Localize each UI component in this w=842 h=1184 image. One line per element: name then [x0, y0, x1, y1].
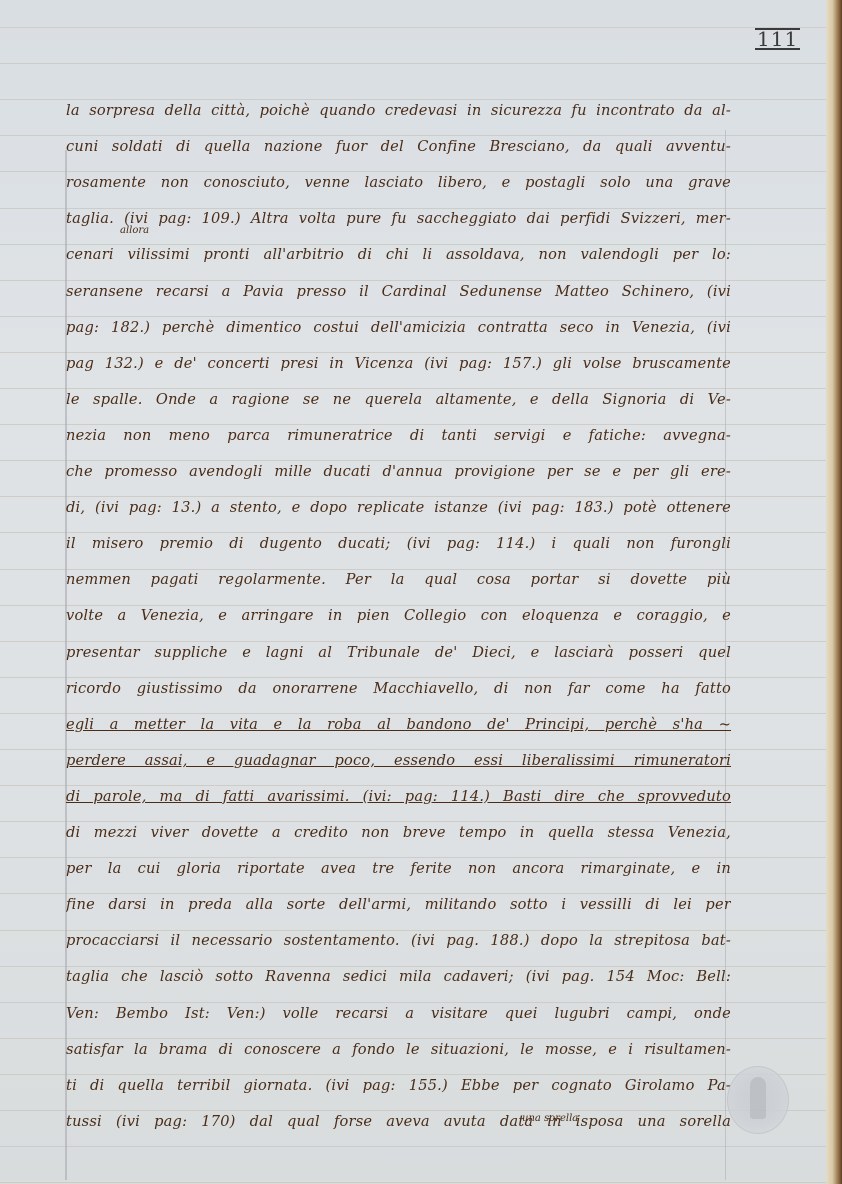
ruled-line: [0, 208, 826, 209]
manuscript-line: di mezzi viver dovette a credito non bre…: [66, 824, 731, 854]
ruled-line: [0, 1182, 826, 1183]
manuscript-line: Ven: Bembo Ist: Ven:) volle recarsi a vi…: [66, 1005, 731, 1035]
manuscript-line: perdere assai, e guadagnar poco, essendo…: [66, 752, 731, 782]
manuscript-line: seransene recarsi a Pavia presso il Card…: [66, 283, 731, 313]
ruled-line: [0, 605, 826, 606]
ruled-line: [0, 1038, 826, 1039]
manuscript-line: che promesso avendogli mille ducati d'an…: [66, 463, 731, 493]
manuscript-line: ti di quella terribil giornata. (ivi pag…: [66, 1077, 731, 1107]
manuscript-line: le spalle. Onde a ragione se ne querela …: [66, 391, 731, 421]
manuscript-line: il misero premio di dugento ducati; (ivi…: [66, 535, 731, 565]
ruled-line: [0, 460, 826, 461]
ruled-line: [0, 27, 826, 28]
ruled-line: [0, 1074, 826, 1075]
manuscript-line: procacciarsi il necessario sostentamento…: [66, 932, 731, 962]
ruled-line: [0, 966, 826, 967]
manuscript-line: taglia che lasciò sotto Ravenna sedici m…: [66, 968, 731, 998]
manuscript-line: rosamente non conosciuto, venne lasciato…: [66, 174, 731, 204]
seal-figure-icon: [750, 1077, 766, 1119]
ruled-line: [0, 171, 826, 172]
manuscript-line: ricordo giustissimo da onorarrene Macchi…: [66, 680, 731, 710]
ruled-line: [0, 930, 826, 931]
manuscript-line: cuni soldati di quella nazione fuor del …: [66, 138, 731, 168]
ruled-line: [0, 641, 826, 642]
ruled-line: [0, 135, 826, 136]
interlinear-insertion: una sorella: [522, 1113, 578, 1124]
ruled-line: [0, 749, 826, 750]
ruled-line: [0, 316, 826, 317]
manuscript-line: di parole, ma di fatti avarissimi. (ivi:…: [66, 788, 731, 818]
library-seal-stamp: [727, 1066, 789, 1134]
ruled-line: [0, 496, 826, 497]
ruled-line: [0, 352, 826, 353]
manuscript-line: pag: 182.) perchè dimentico costui dell'…: [66, 319, 731, 349]
manuscript-page: 111 la sorpresa della città, poichè quan…: [0, 0, 826, 1184]
manuscript-line: di, (ivi pag: 13.) a stento, e dopo repl…: [66, 499, 731, 529]
ruled-line: [0, 713, 826, 714]
ruled-line: [0, 857, 826, 858]
ruled-line: [0, 569, 826, 570]
ruled-line: [0, 1110, 826, 1111]
interlinear-insertion: allora: [120, 225, 149, 236]
manuscript-line: la sorpresa della città, poichè quando c…: [66, 102, 731, 132]
manuscript-line: presentar suppliche e lagni al Tribunale…: [66, 644, 731, 674]
ruled-line: [0, 893, 826, 894]
manuscript-line: volte a Venezia, e arringare in pien Col…: [66, 607, 731, 637]
ruled-line: [0, 280, 826, 281]
ruled-line: [0, 424, 826, 425]
manuscript-line: egli a metter la vita e la roba al bando…: [66, 716, 731, 746]
folio-number: 111: [755, 28, 800, 50]
ruled-line: [0, 244, 826, 245]
manuscript-line: taglia. (ivi pag: 109.) Altra volta pure…: [66, 210, 731, 240]
ruled-line: [0, 99, 826, 100]
right-page-edge: [826, 0, 842, 1184]
manuscript-line: pag 132.) e de' concerti presi in Vicenz…: [66, 355, 731, 385]
manuscript-line: cenari vilissimi pronti all'arbitrio di …: [66, 246, 731, 276]
ruled-line: [0, 1146, 826, 1147]
ruled-line: [0, 821, 826, 822]
ruled-line: [0, 388, 826, 389]
manuscript-line: nemmen pagati regolarmente. Per la qual …: [66, 571, 731, 601]
ruled-line: [0, 677, 826, 678]
ruled-line: [0, 1002, 826, 1003]
manuscript-line: per la cui gloria riportate avea tre fer…: [66, 860, 731, 890]
ruled-line: [0, 532, 826, 533]
manuscript-line: tussi (ivi pag: 170) dal qual forse avev…: [66, 1113, 731, 1143]
manuscript-line: fine darsi in preda alla sorte dell'armi…: [66, 896, 731, 926]
ruled-line: [0, 63, 826, 64]
manuscript-line: nezia non meno parca rimuneratrice di ta…: [66, 427, 731, 457]
manuscript-line: satisfar la brama di conoscere a fondo l…: [66, 1041, 731, 1071]
ruled-line: [0, 785, 826, 786]
